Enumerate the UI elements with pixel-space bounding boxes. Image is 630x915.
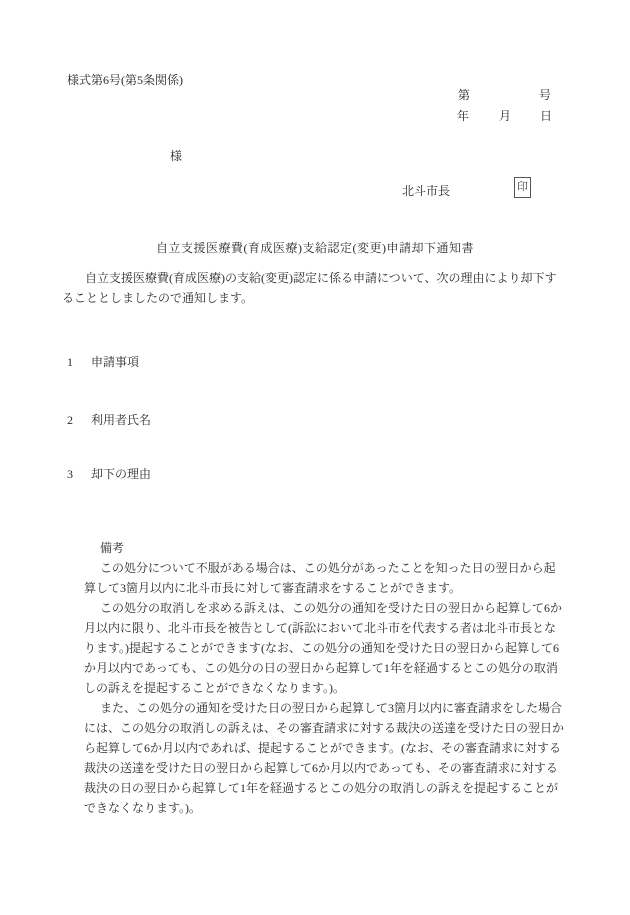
doc-number-prefix: 第 <box>458 85 470 105</box>
item-number: 3 <box>67 467 73 481</box>
addressee-honorific: 様 <box>170 146 182 166</box>
doc-number-suffix: 号 <box>539 85 551 105</box>
remarks-section: 備考 この処分について不服がある場合は、この処分があったことを知った日の翌日から… <box>67 538 567 818</box>
document-page: 様式第6号(第5条関係) 第 号 年 月 日 様 北斗市長 印 自立支援医療費(… <box>0 0 630 915</box>
body-paragraph: 自立支援医療費(育成医療)の支給(変更)認定に係る申請について、次の理由により却… <box>62 268 565 308</box>
form-number-label: 様式第6号(第5条関係) <box>67 70 183 90</box>
remarks-paragraph-appeal: この処分について不服がある場合は、この処分があったことを知った日の翌日から起算し… <box>84 558 565 598</box>
document-title: 自立支援医療費(育成医療)支給認定(変更)申請却下通知書 <box>0 238 630 258</box>
item-user-name: 2利用者氏名 <box>67 410 151 430</box>
date-month-label: 月 <box>499 106 511 126</box>
item-label: 却下の理由 <box>91 467 151 481</box>
item-number: 2 <box>67 413 73 427</box>
date-day-label: 日 <box>540 106 552 126</box>
item-label: 利用者氏名 <box>91 413 151 427</box>
item-rejection-reason: 3却下の理由 <box>67 464 151 484</box>
item-number: 1 <box>67 355 73 369</box>
date-year-label: 年 <box>457 106 469 126</box>
issuer-name: 北斗市長 <box>402 181 450 201</box>
item-application-matters: 1申請事項 <box>67 352 139 372</box>
item-label: 申請事項 <box>91 355 139 369</box>
remarks-heading: 備考 <box>84 538 565 558</box>
remarks-paragraph-lawsuit: この処分の取消しを求める訴えは、この処分の通知を受けた日の翌日から起算して6か月… <box>84 598 565 698</box>
remarks-paragraph-after-review: また、この処分の通知を受けた日の翌日から起算して3箇月以内に審査請求をした場合に… <box>84 698 565 818</box>
seal-placeholder: 印 <box>514 177 531 198</box>
